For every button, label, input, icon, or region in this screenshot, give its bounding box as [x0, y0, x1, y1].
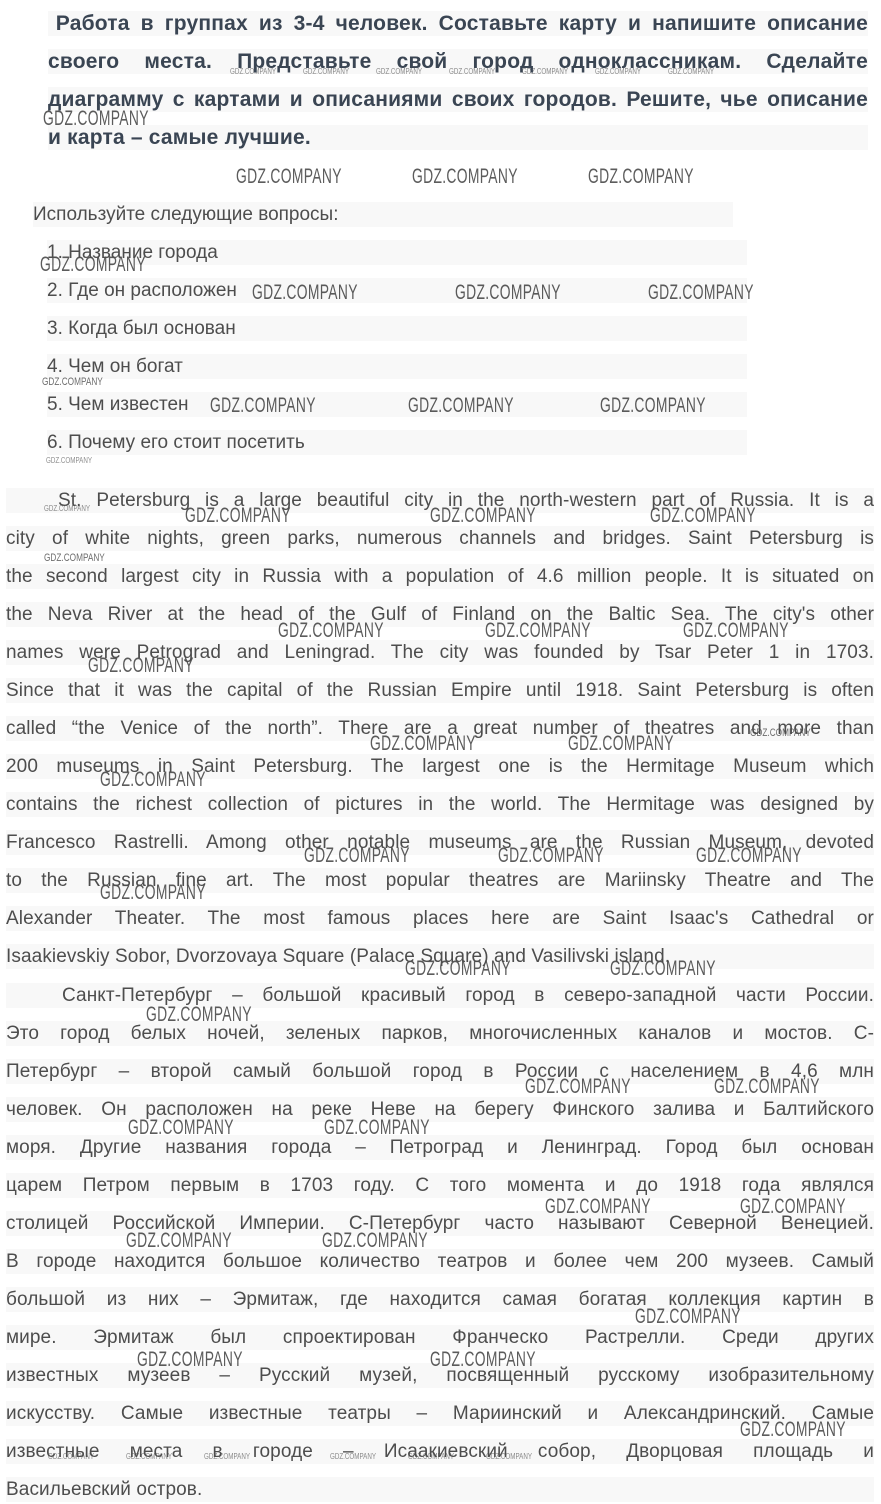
task-header: 74. Работа в группах из 3-4 человек. Сос… [15, 5, 868, 157]
english-paragraph: St. Petersburg is a large beautiful city… [6, 482, 874, 976]
gdz-watermark: GDZ.COMPANY [412, 166, 518, 187]
russian-text-line: Петербург – второй самый большой город в… [6, 1053, 874, 1091]
russian-text-line: мире. Эрмитаж был спроектирован Франческ… [6, 1319, 874, 1357]
russian-text-line: царем Петром первым в 1703 году. С того … [6, 1167, 874, 1205]
russian-paragraph: Санкт-Петербург – большой красивый город… [6, 977, 874, 1504]
document-page: GDZ.COMPANYGDZ.COMPANYGDZ.COMPANYGDZ.COM… [0, 0, 881, 1504]
gdz-watermark: GDZ.COMPANY [588, 166, 694, 187]
russian-text-line: Это город белых ночей, зеленых парков, м… [6, 1015, 874, 1053]
russian-text-line: столицей Российской Империи. С-Петербург… [6, 1205, 874, 1243]
english-text-line: called “the Venice of the north”. There … [6, 710, 874, 748]
english-text-line: names were Petrograd and Leningrad. The … [6, 634, 874, 672]
russian-text-line: искусству. Самые известные театры – Мари… [6, 1395, 874, 1433]
english-text-line: 200 museums in Saint Petersburg. The lar… [6, 748, 874, 786]
english-text-line: Isaakievskiy Sobor, Dvorzovaya Square (P… [6, 938, 874, 976]
english-text-line: contains the richest collection of pictu… [6, 786, 874, 824]
task-header-line: своего места. Представьте свой город одн… [48, 43, 868, 81]
russian-text-line: известных музеев – Русский музей, посвящ… [6, 1357, 874, 1395]
english-text-line: Alexander Theater. The most famous place… [6, 900, 874, 938]
intro-text: Используйте следующие вопросы: [33, 196, 733, 234]
english-text-line: city of white nights, green parks, numer… [6, 520, 874, 558]
question-item: 5. Чем известен [47, 386, 747, 424]
intro-label: Используйте следующие вопросы: [33, 204, 339, 225]
english-text-line: the second largest city in Russia with a… [6, 558, 874, 596]
task-header-line: и карта – самые лучшие. [48, 119, 868, 157]
english-text-line: Since that it was the capital of the Rus… [6, 672, 874, 710]
russian-text-line: В городе находится большое количество те… [6, 1243, 874, 1281]
task-header-line: диаграмму с картами и описаниями своих г… [48, 81, 868, 119]
russian-text-line: моря. Другие названия города – Петроград… [6, 1129, 874, 1167]
task-header-line: 74. Работа в группах из 3-4 человек. Сос… [48, 5, 868, 43]
question-item: 4. Чем он богат [47, 348, 747, 386]
question-item: 1. Название города [47, 234, 747, 272]
question-item: 6. Почему его стоит посетить [47, 424, 747, 462]
english-text-line: the Neva River at the head of the Gulf o… [6, 596, 874, 634]
russian-text-line: человек. Он расположен на реке Неве на б… [6, 1091, 874, 1129]
russian-text-line: большой из них – Эрмитаж, где находится … [6, 1281, 874, 1319]
question-list: 1. Название города2. Где он расположен3.… [47, 234, 747, 462]
russian-text-line: известные места в городе – Исаакиевский … [6, 1433, 874, 1471]
english-text-line: Francesco Rastrelli. Among other notable… [6, 824, 874, 862]
question-item: 3. Когда был основан [47, 310, 747, 348]
english-text-line: to the Russian fine art. The most popula… [6, 862, 874, 900]
russian-text-line: Васильевский остров. [6, 1471, 874, 1504]
english-text-line: St. Petersburg is a large beautiful city… [6, 482, 874, 520]
gdz-watermark: GDZ.COMPANY [236, 166, 342, 187]
russian-text-line: Санкт-Петербург – большой красивый город… [6, 977, 874, 1015]
question-item: 2. Где он расположен [47, 272, 747, 310]
